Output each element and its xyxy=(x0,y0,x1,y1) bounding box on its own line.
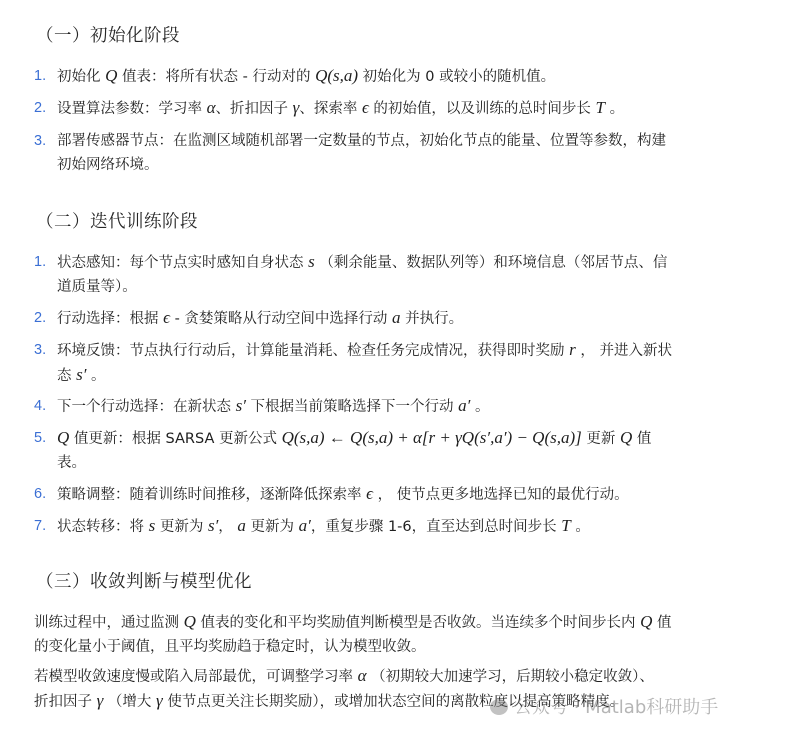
list-text: Q 值更新：根据 SARSA 更新公式 Q(s,a) ← Q(s,a) + α[… xyxy=(57,426,737,475)
watermark: 公众号 · Matlab科研助手 xyxy=(490,693,718,719)
list-number: 4. xyxy=(34,394,46,418)
list-number: 3. xyxy=(34,129,46,153)
list-text: 环境反馈：节点执行行动后，计算能量消耗、检查任务完成情况，获得即时奖励 r ， … xyxy=(57,338,737,388)
list-text: 下一个行动选择：在新状态 s′ 下根据当前策略选择下一个行动 a′ 。 xyxy=(57,394,737,419)
list-text: 策略调整：随着训练时间推移，逐渐降低探索率 ϵ ， 使节点更多地选择已知的最优行… xyxy=(57,482,737,507)
section-heading-training: （二）迭代训练阶段 xyxy=(36,208,198,233)
sarsa-formula: Q(s,a) ← Q(s,a) + α[r + γQ(s′,a′) − Q(s,… xyxy=(282,428,582,447)
list-number: 3. xyxy=(34,338,46,362)
paragraph-convergence: 训练过程中，通过监测 Q 值表的变化和平均奖励值判断模型是否收敛。当连续多个时间… xyxy=(34,610,734,659)
list-number: 2. xyxy=(34,96,46,120)
list-text: 设置算法参数：学习率 α、折扣因子 γ、探索率 ϵ 的初始值，以及训练的总时间步… xyxy=(57,96,737,121)
list-number: 7. xyxy=(34,514,46,538)
list-text: 行动选择：根据 ϵ - 贪婪策略从行动空间中选择行动 a 并执行。 xyxy=(57,306,737,331)
list-text: 状态感知：每个节点实时感知自身状态 s （剩余能量、数据队列等）和环境信息（邻居… xyxy=(57,250,737,299)
list-number: 1. xyxy=(34,64,46,88)
section-heading-convergence: （三）收敛判断与模型优化 xyxy=(36,568,252,593)
section-heading-init: （一）初始化阶段 xyxy=(36,22,180,47)
list-number: 6. xyxy=(34,482,46,506)
list-number: 5. xyxy=(34,426,46,450)
list-text: 部署传感器节点：在监测区域随机部署一定数量的节点，初始化节点的能量、位置等参数，… xyxy=(57,129,737,177)
list-number: 2. xyxy=(34,306,46,330)
wechat-logo-icon xyxy=(490,699,508,715)
list-text: 状态转移：将 s 更新为 s′， a 更新为 a′，重复步骤 1-6，直至达到总… xyxy=(57,514,737,539)
list-text: 初始化 Q 值表：将所有状态 - 行动对的 Q(s,a) 初始化为 0 或较小的… xyxy=(57,64,737,89)
list-number: 1. xyxy=(34,250,46,274)
